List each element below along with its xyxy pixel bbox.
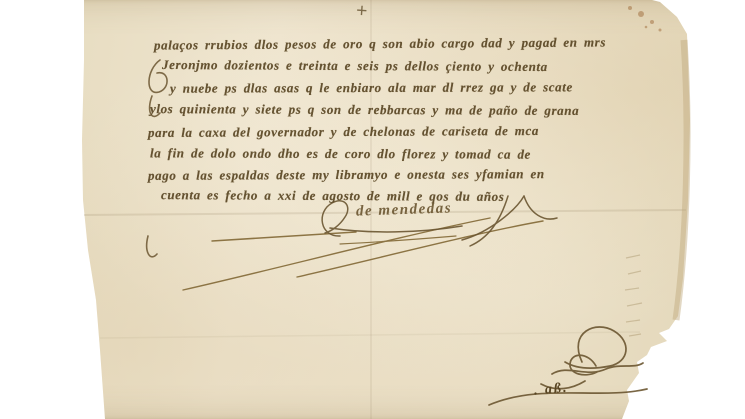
edge-shading (676, 40, 687, 320)
manuscript-line: la fin de dolo ondo dho es de coro dlo f… (150, 145, 531, 162)
manuscript-line: para la caxa del governador y de chelona… (148, 123, 539, 141)
manuscript-line: ylos quinienta y siete ps q son de rebba… (150, 101, 579, 119)
manuscript-line: pago a las espaldas deste my libramyo e … (148, 166, 545, 184)
ink-bleedthrough (625, 255, 642, 336)
faint-crease (100, 332, 640, 338)
photograph-of-manuscript: + palaços rrubios dlos pesos de oro q so… (0, 0, 745, 419)
rubric-abbreviation: . aß. (533, 381, 569, 400)
manuscript-line: palaços rrubios dlos pesos de oro q son … (154, 34, 606, 53)
signature-name: de mendedas (356, 200, 453, 220)
manuscript-line: cuenta es fecho a xxi de agosto de mill … (161, 187, 505, 205)
manuscript-line: Jeronjmo dozientos e treinta e seis ps d… (162, 57, 548, 75)
cross-mark: + (355, 0, 368, 23)
stain-spots (628, 6, 662, 32)
manuscript-line: y nuebe ps dlas asas q le enbiaro ala ma… (170, 79, 573, 96)
